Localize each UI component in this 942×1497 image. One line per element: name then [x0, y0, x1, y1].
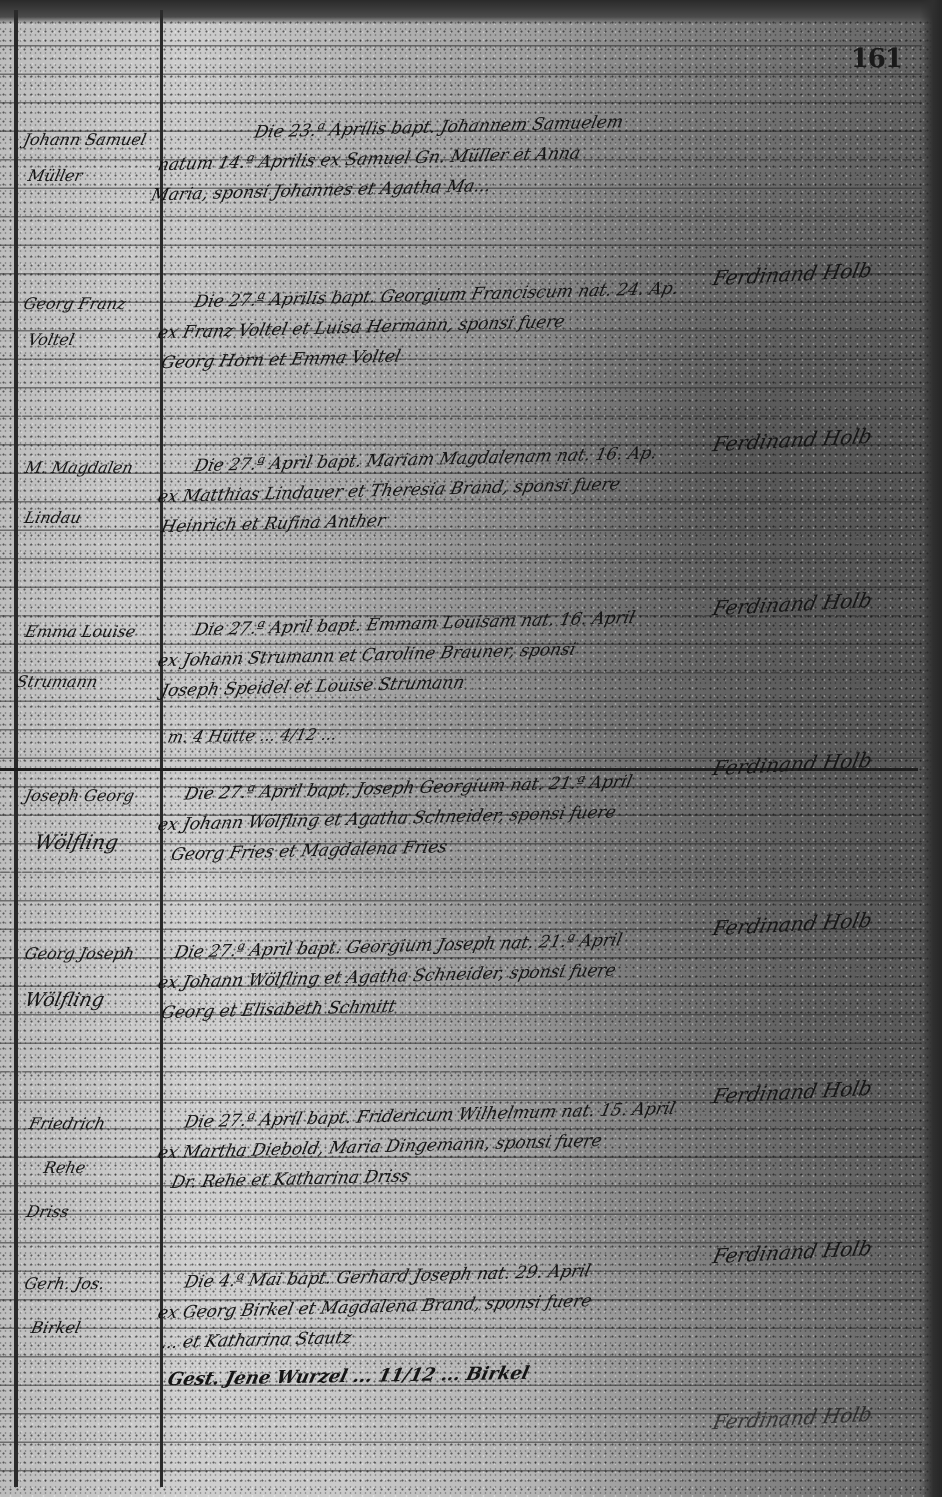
given-name: M. Magdalen: [21, 450, 167, 486]
given-name: Georg Joseph: [21, 936, 167, 972]
top-edge-shadow: [0, 0, 942, 24]
page-number: 161: [851, 44, 902, 74]
margin-rule: [14, 10, 18, 1487]
surname: Müller: [12, 158, 158, 194]
surname: Voltel: [12, 322, 158, 358]
surname: Rehe: [15, 1146, 162, 1190]
surname: Birkel: [11, 1306, 158, 1350]
entry-name: Georg Franz Voltel: [12, 286, 165, 358]
given-name: Georg Franz: [20, 286, 166, 322]
surname: Strumann: [11, 664, 157, 700]
marginal-note: m. 4 Hütte ... 4/12 ...: [166, 724, 339, 746]
entry-name: Friedrich Rehe Driss: [6, 1102, 172, 1234]
entry-name: Gerh. Jos. Birkel: [11, 1262, 168, 1350]
given-name: Johann Samuel: [20, 122, 166, 158]
given-name: Friedrich: [25, 1102, 172, 1146]
surname: Wölfling: [11, 824, 157, 860]
right-edge-shadow: [920, 0, 942, 1497]
given-name: Joseph Georg: [21, 778, 167, 814]
surname: Wölfling: [11, 982, 157, 1018]
entry-name: Emma Louise Strumann: [11, 614, 167, 700]
entry-name: M. Magdalen Lindau: [11, 450, 167, 536]
entry-name: Joseph Georg Wölfling: [11, 778, 166, 860]
surname-alt: Driss: [6, 1190, 153, 1234]
given-name: Gerh. Jos.: [20, 1262, 167, 1306]
entry-name: Johann Samuel Müller: [12, 122, 165, 194]
entry-name: Georg Joseph Wölfling: [11, 936, 166, 1018]
register-page: 161 Johann Samuel Müller Die 23.ª Aprili…: [0, 0, 942, 1497]
surname: Lindau: [11, 500, 157, 536]
given-name: Emma Louise: [21, 614, 167, 650]
